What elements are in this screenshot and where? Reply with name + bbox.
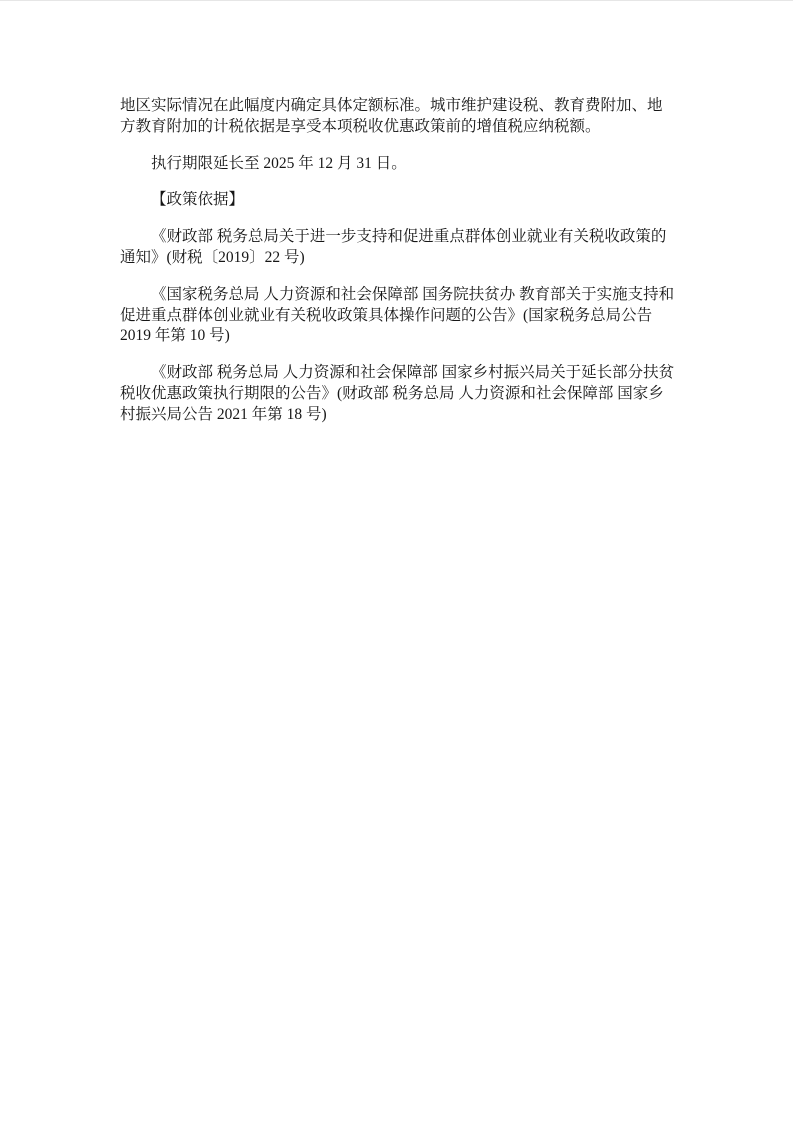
policy-basis-heading: 【政策依据】 [120,190,676,211]
policy-document-reference-1: 《财政部 税务总局关于进一步支持和促进重点群体创业就业有关税收政策的通知》(财税… [120,227,676,269]
body-paragraph-continuation: 地区实际情况在此幅度内确定具体定额标准。城市维护建设税、教育费附加、地方教育附加… [120,96,676,138]
document-body: 地区实际情况在此幅度内确定具体定额标准。城市维护建设税、教育费附加、地方教育附加… [120,96,676,442]
execution-deadline-paragraph: 执行期限延长至 2025 年 12 月 31 日。 [120,154,676,175]
document-page: 地区实际情况在此幅度内确定具体定额标准。城市维护建设税、教育费附加、地方教育附加… [0,0,793,1122]
policy-document-reference-3: 《财政部 税务总局 人力资源和社会保障部 国家乡村振兴局关于延长部分扶贫税收优惠… [120,363,676,425]
policy-document-reference-2: 《国家税务总局 人力资源和社会保障部 国务院扶贫办 教育部关于实施支持和促进重点… [120,285,676,347]
